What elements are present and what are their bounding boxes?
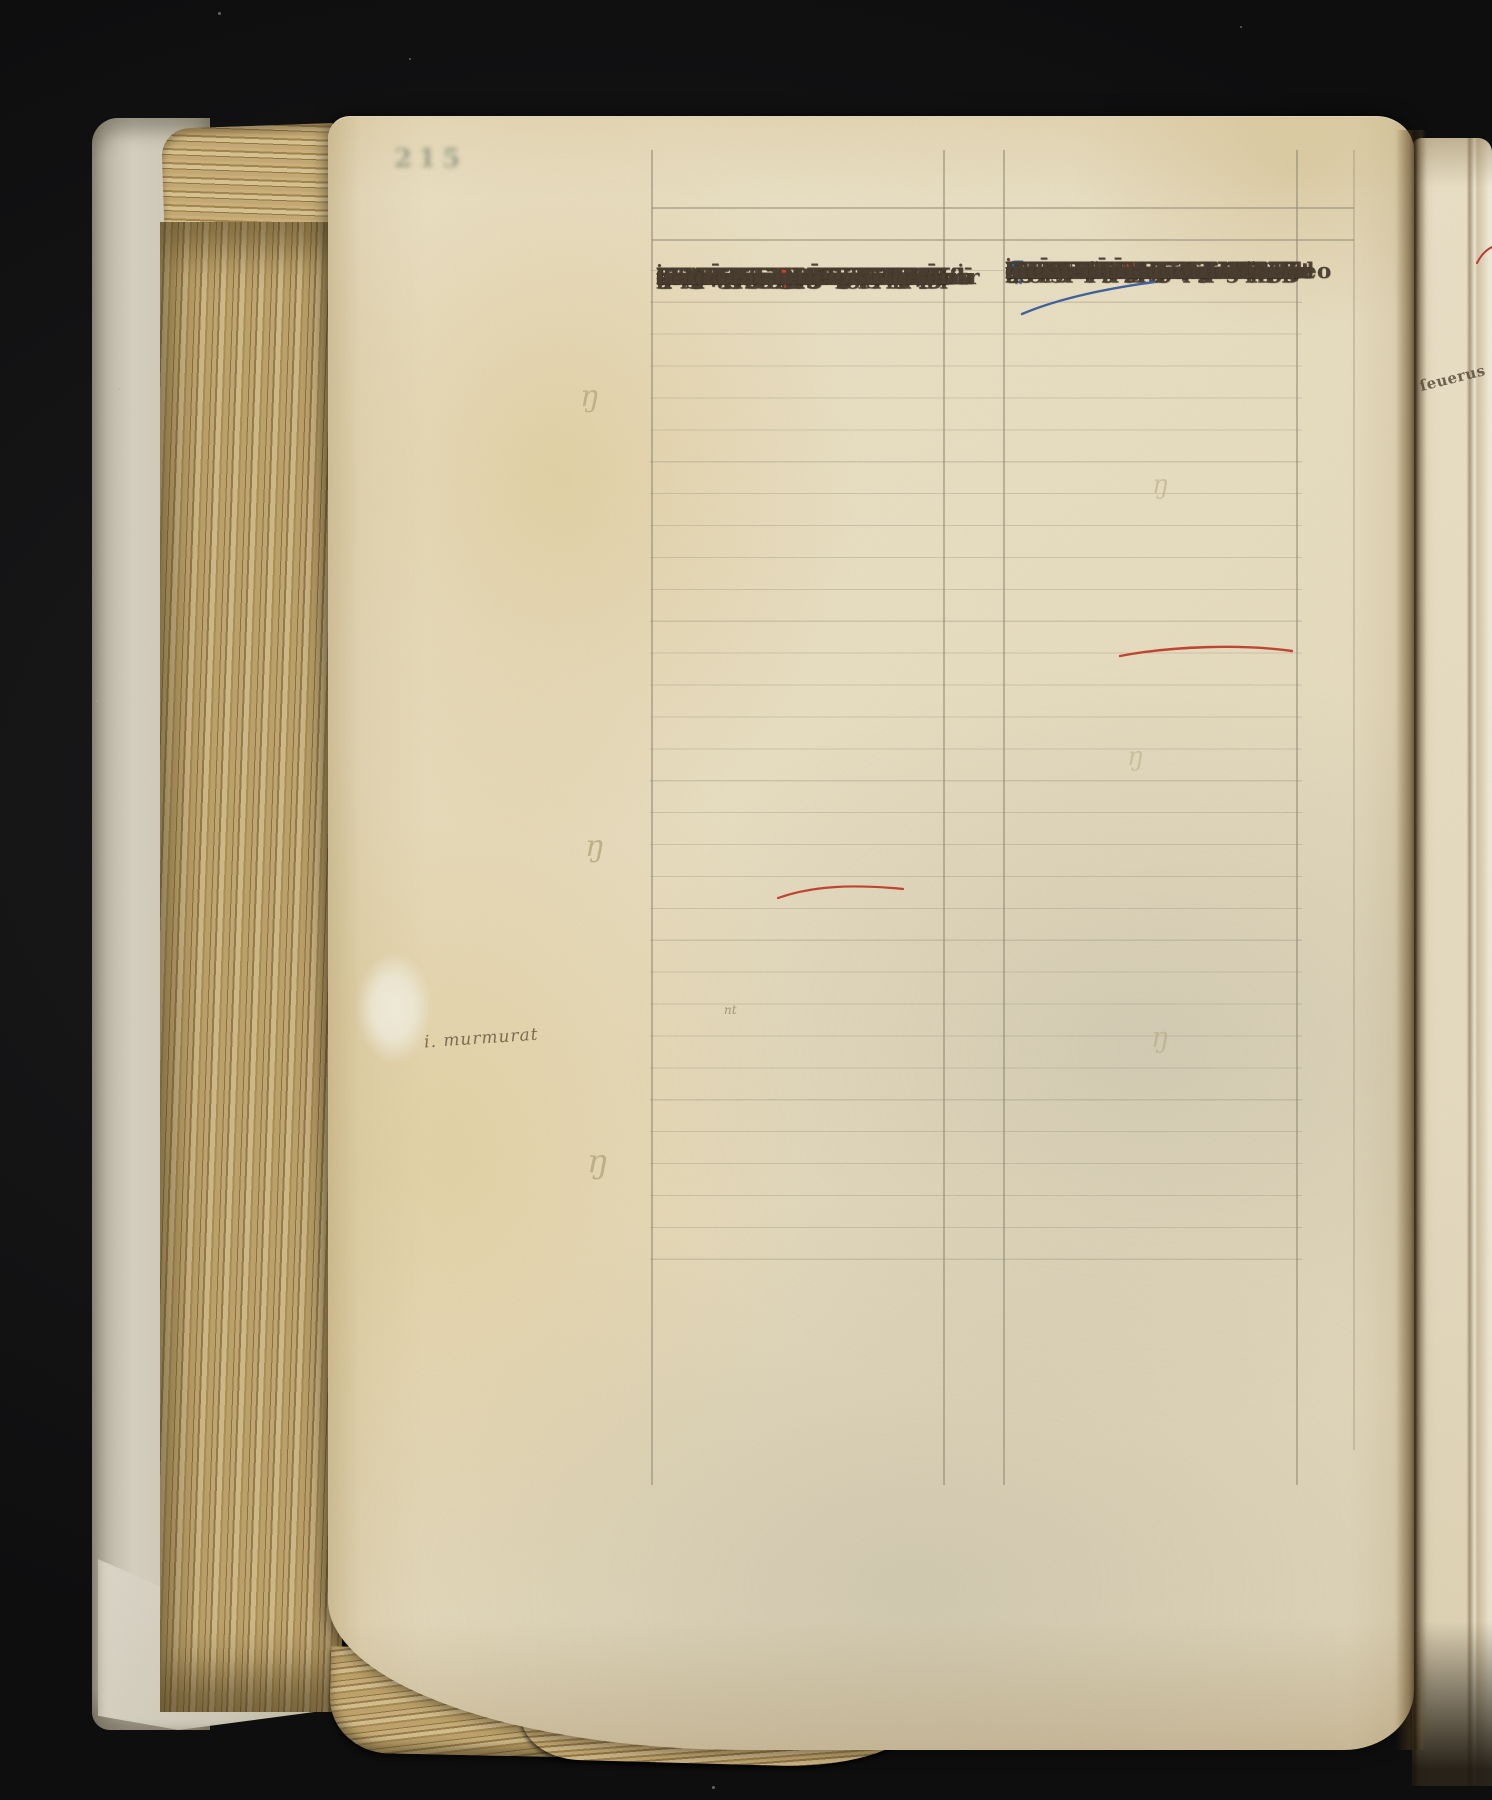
blue-pilcrow-flourish (1022, 282, 1154, 314)
red-mark-next-page (1477, 247, 1492, 263)
red-pilcrow-flourish-right (1120, 647, 1292, 656)
red-pilcrow-flourish-left (778, 886, 903, 898)
penwork-flourishes (0, 0, 1492, 1800)
gutter-shadow (1396, 130, 1426, 1750)
manuscript-photo: ſeuerus 215 boʒ ⁊ grāʒ quas suscipioḃab … (0, 0, 1492, 1800)
